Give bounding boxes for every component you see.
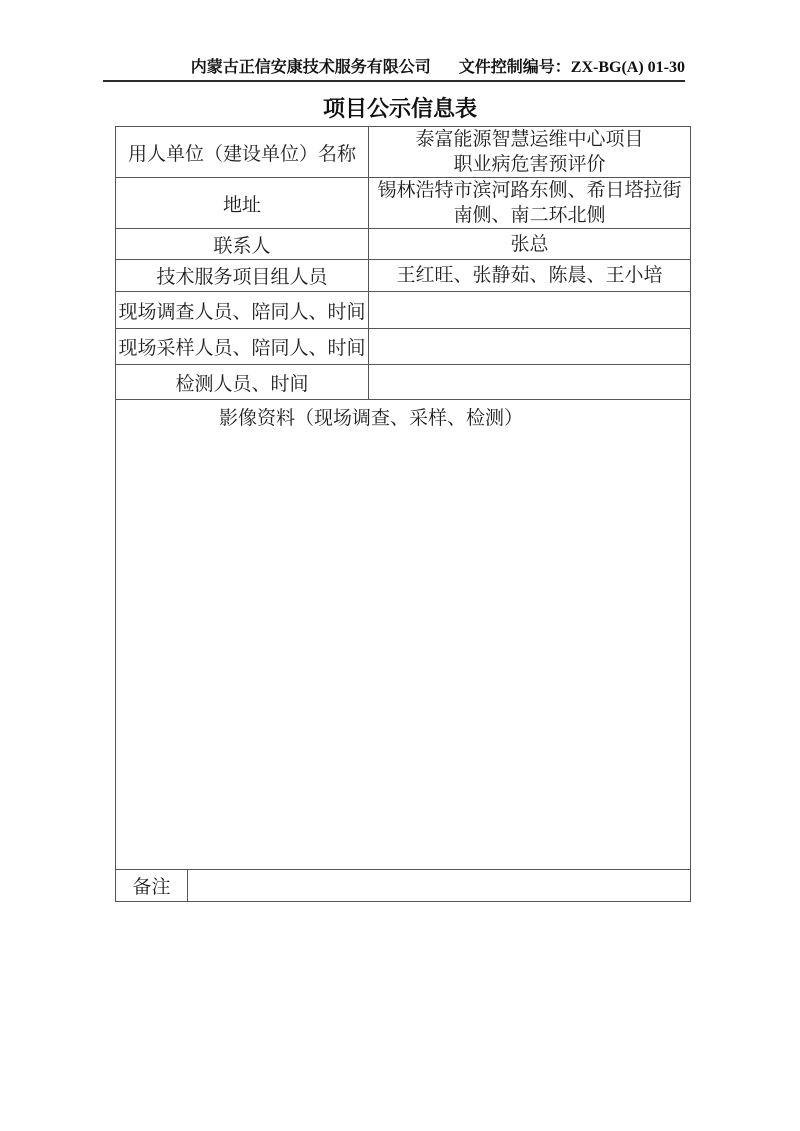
table-row-employer: 用人单位（建设单位）名称 泰富能源智慧运维中心项目 职业病危害预评价 [116,127,691,178]
row-value-site-survey [369,292,691,329]
table-row-site-sampling: 现场采样人员、陪同人、时间 [116,329,691,365]
table-row-media: 影像资料（现场调查、采样、检测） [116,400,691,870]
row-value-contact: 张总 [369,229,691,260]
table-row-address: 地址 锡林浩特市滨河路东侧、希日塔拉街 南侧、南二环北侧 [116,178,691,229]
table-row-project-team: 技术服务项目组人员 王红旺、张静茹、陈晨、王小培 [116,260,691,292]
row-label-address: 地址 [116,178,369,229]
row-label-site-sampling: 现场采样人员、陪同人、时间 [116,329,369,365]
doc-control-number: ZX-BG(A) 01-30 [571,59,685,76]
row-value-employer: 泰富能源智慧运维中心项目 职业病危害预评价 [369,127,691,178]
table-row-site-survey: 现场调查人员、陪同人、时间 [116,292,691,329]
row-label-inspection: 检测人员、时间 [116,365,369,400]
page-title: 项目公示信息表 [0,92,800,123]
document-page: 内蒙古正信安康技术服务有限公司文件控制编号：ZX-BG(A) 01-30 项目公… [0,0,800,1131]
page-header: 内蒙古正信安康技术服务有限公司文件控制编号：ZX-BG(A) 01-30 [103,54,685,82]
remark-value [188,870,691,902]
company-name: 内蒙古正信安康技术服务有限公司 [191,59,431,76]
row-label-contact: 联系人 [116,229,369,260]
project-info-table: 用人单位（建设单位）名称 泰富能源智慧运维中心项目 职业病危害预评价 地址 锡林… [115,126,691,902]
row-value-site-sampling [369,329,691,365]
row-label-site-survey: 现场调查人员、陪同人、时间 [116,292,369,329]
remark-label: 备注 [116,870,188,902]
media-cell: 影像资料（现场调查、采样、检测） [116,400,691,870]
row-value-project-team: 王红旺、张静茹、陈晨、王小培 [369,260,691,292]
table-row-remark: 备注 [116,870,691,902]
row-value-address: 锡林浩特市滨河路东侧、希日塔拉街 南侧、南二环北侧 [369,178,691,229]
row-label-project-team: 技术服务项目组人员 [116,260,369,292]
row-value-inspection [369,365,691,400]
table-row-contact: 联系人 张总 [116,229,691,260]
row-label-employer: 用人单位（建设单位）名称 [116,127,369,178]
media-section-title: 影像资料（现场调查、采样、检测） [116,400,690,430]
table-row-inspection: 检测人员、时间 [116,365,691,400]
doc-control-label: 文件控制编号： [459,59,571,76]
